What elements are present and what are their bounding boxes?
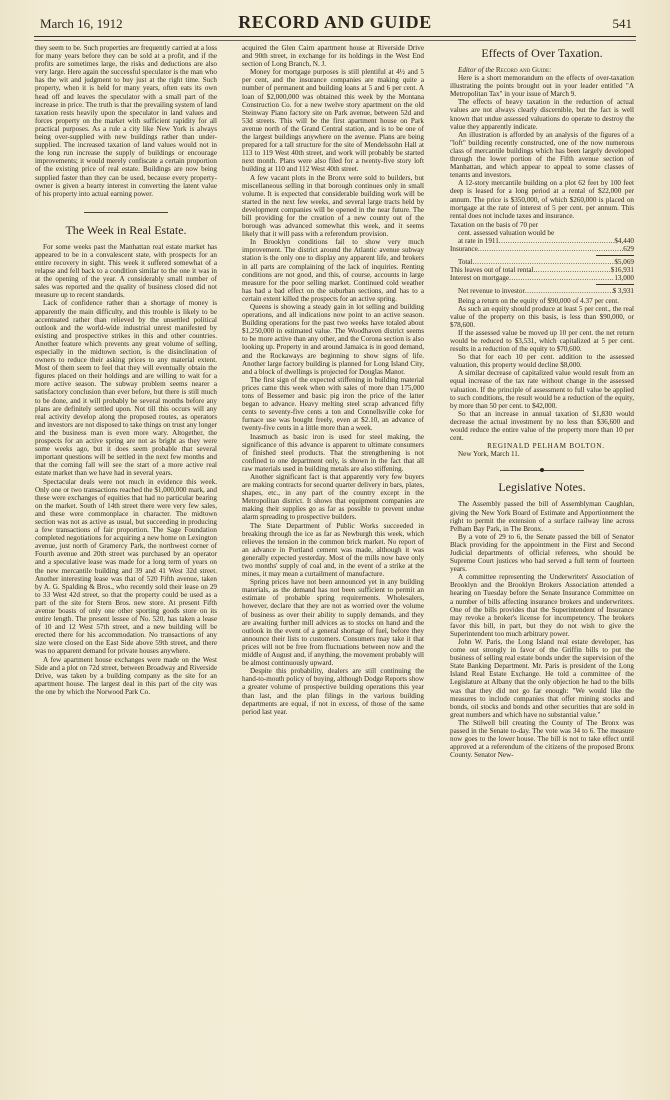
article-paragraph: Money for mortgage purposes is still ple… — [242, 68, 424, 173]
section-divider — [84, 212, 168, 213]
masthead: March 16, 1912 RECORD AND GUIDE 541 — [34, 10, 636, 36]
newspaper-page: March 16, 1912 RECORD AND GUIDE 541 they… — [0, 0, 670, 1100]
article-paragraph: A few apartment house exchanges were mad… — [35, 656, 217, 696]
sum-rule — [596, 284, 634, 285]
article-paragraph: The Stilwell bill creating the County of… — [450, 719, 634, 759]
table-row-leaves: This leaves out of total rental $16,931 — [450, 266, 634, 274]
salutation-prefix: Editor of the — [458, 66, 494, 74]
article-paragraph: Despite this probability, dealers are st… — [242, 667, 424, 716]
article-paragraph: A committee representing the Underwriter… — [450, 573, 634, 638]
taxation-value: $4,440 — [614, 237, 634, 245]
salutation-paper: Record and Guide: — [496, 66, 551, 74]
section-title-legislative-notes: Legislative Notes. — [450, 480, 634, 494]
letter-paragraph: Here is a short memorandum on the effect… — [450, 74, 634, 98]
article-paragraph: A few vacant plots in the Bronx were sol… — [242, 174, 424, 239]
article-paragraph: acquired the Glen Cairn apartment house … — [242, 44, 424, 68]
table-row-total: Total $5,069 — [450, 258, 634, 266]
article-paragraph: John W. Paris, the Long Island real esta… — [450, 638, 634, 719]
table-row-taxation: at rate in 1911 $4,440 — [450, 237, 634, 245]
article-paragraph: Another significant fact is that apparen… — [242, 473, 424, 522]
table-row-insurance: Insurance 629 — [450, 245, 634, 253]
letter-paragraph: A 12-story mercantile building on a plot… — [450, 179, 634, 219]
article-paragraph: For some weeks past the Manhattan real e… — [35, 243, 217, 300]
article-paragraph: The State Department of Public Works suc… — [242, 522, 424, 579]
article-paragraph: Spring prices have not been announced ye… — [242, 578, 424, 667]
letter-dateline: New York, March 11. — [450, 450, 634, 458]
table-row: Taxation on the basis of 70 per — [450, 221, 634, 229]
article-paragraph: Lack of confidence rather than a shortag… — [35, 299, 217, 477]
column-2: acquired the Glen Cairn apartment house … — [242, 44, 424, 716]
table-row: cent. assessed valuation would be — [450, 229, 634, 237]
article-paragraph: By a vote of 29 to 6, the Senate passed … — [450, 533, 634, 573]
letter-paragraph: An illustration is afforded by an analys… — [450, 131, 634, 180]
article-paragraph: In Brooklyn conditions fail to show very… — [242, 238, 424, 303]
letter-signature: REGINALD PELHAM BOLTON. — [450, 442, 634, 450]
masthead-rule — [34, 36, 636, 41]
sum-rule — [596, 255, 634, 256]
continued-paragraph: they seem to be. Such properties are fre… — [35, 44, 217, 198]
article-paragraph: Inasmuch as basic iron is used for steel… — [242, 433, 424, 473]
letter-paragraph: Being a return on the equity of $90,000 … — [450, 297, 634, 305]
section-title-week-in-real-estate: The Week in Real Estate. — [35, 223, 217, 237]
letter-paragraph: A similar decrease of capitalized value … — [450, 369, 634, 409]
article-paragraph: Spectacular deals were not much in evide… — [35, 478, 217, 656]
letter-paragraph: The effects of heavy taxation in the red… — [450, 98, 634, 130]
leaves-value: $16,931 — [611, 266, 634, 274]
article-paragraph: Queens is showing a steady gain in lot s… — [242, 303, 424, 376]
interest-value: 13,000 — [614, 274, 634, 282]
article-paragraph: The first sign of the expected stiffenin… — [242, 376, 424, 433]
column-3: Effects of Over Taxation. Editor of the … — [450, 44, 634, 759]
publication-title: RECORD AND GUIDE — [34, 12, 636, 33]
letter-paragraph: So that an increase in annual taxation o… — [450, 410, 634, 442]
letter-paragraph: If the assessed value be moved up 10 per… — [450, 329, 634, 353]
letter-paragraph: So that for each 10 per cent. addition t… — [450, 353, 634, 369]
tax-calculation-table: Taxation on the basis of 70 per cent. as… — [450, 221, 634, 296]
table-row-interest: Interest on mortgage 13,000 — [450, 274, 634, 282]
total-value: $5,069 — [614, 258, 634, 266]
insurance-value: 629 — [623, 245, 634, 253]
section-divider — [500, 468, 584, 472]
section-title-effects-of-over-taxation: Effects of Over Taxation. — [450, 46, 634, 60]
table-row-net: Net revenue to investor $ 3,931 — [450, 287, 634, 295]
letter-paragraph: As such an equity should produce at leas… — [450, 305, 634, 329]
letter-salutation: Editor of the Record and Guide: — [450, 66, 634, 74]
net-value: $ 3,931 — [613, 287, 634, 295]
article-paragraph: The Assembly passed the bill of Assembly… — [450, 500, 634, 532]
page-number: 541 — [613, 16, 633, 32]
column-1: they seem to be. Such properties are fre… — [35, 44, 217, 696]
